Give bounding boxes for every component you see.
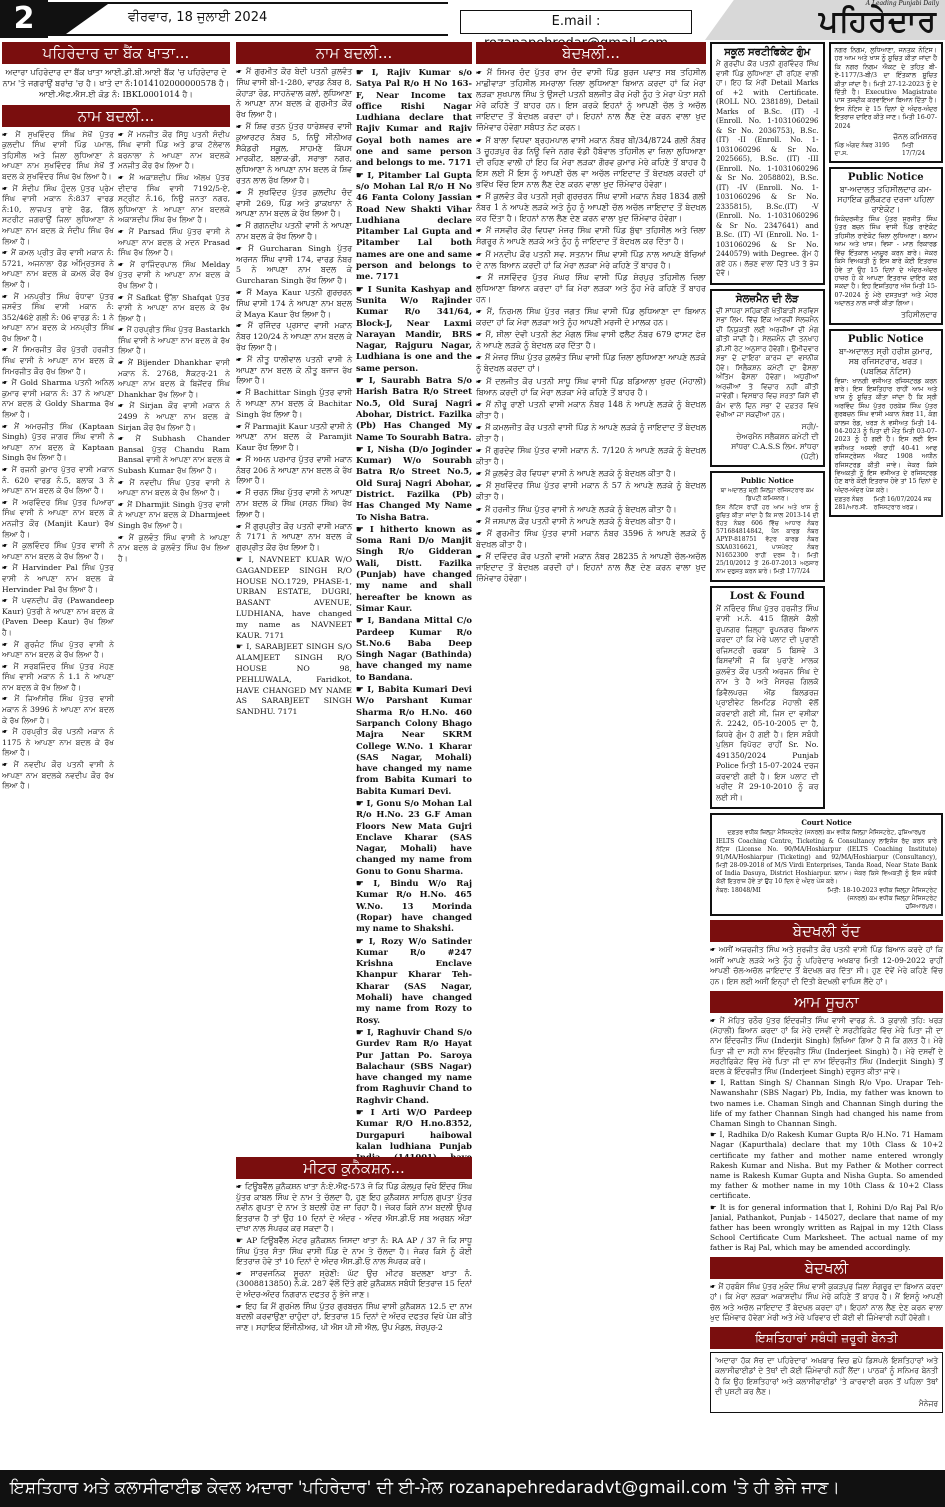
list-item: ☛ ਮੈਂ ਰਾਜਿੰਦਰਪਾਲ ਸਿੰਘ Melday ਪੁੱਤਰ ਵਾਸੀ … [118, 260, 230, 292]
meter-section-title: ਮੀਟਰ ਕੁਨੈਕਸ਼ਨ... [236, 1157, 472, 1179]
disclaimer-text: 'ਅਦਾਰਾ ਹੱਕ ਸੱਚ ਦਾ ਪਹਿਰੇਦਾਰ' ਅਖ਼ਬਾਰ ਵਿਚ ਛ… [715, 1356, 938, 1398]
public-notice-3-subtitle: ਬਾ-ਅਦਾਲਤ ਸ੍ਰੀ ਹਰੀਸ਼ ਕੁਮਾਰ, ਸਬ ਰਜਿਸਟਰਾਰ, … [835, 347, 938, 377]
list-item: ☛ ਮੈਂ ਦਲਜੀਤ ਕੌਰ ਪਤਨੀ ਸਾਧੂ ਸਿੰਘ ਵਾਸੀ ਪਿੰਡ… [476, 376, 706, 398]
list-item: ☛ I, Radhika D/o Rakesh Kumar Gupta R/o … [710, 1130, 943, 1201]
public-notice-3-ref: ਦਫ਼ਤਰ ਨੰਬਰ 281/ਆਰ.ਸੀ. [835, 496, 874, 512]
list-item: ☛ I, Saurabh Batra S/o Harish Batra R/o … [356, 375, 472, 443]
list-item: ☛ ਮੈਂ ਅਕਾਸ਼ਦੀਪ ਸਿੰਘ ਅੱਲਖ ਪੁੱਤਰ ਦੀਦਾਰ ਸਿੰ… [118, 173, 230, 226]
court-notice-1-text: ਨਗਰ ਨਿਗਮ, ਲੁਧਿਆਣਾ, ਜਨਤਕ ਨੋਟਿਸ। ਹਰ ਆਮ ਅਤੇ… [835, 47, 938, 131]
eviction-2-title: ਬੇਦਖਲੀ [710, 1257, 943, 1279]
public-notice-3-date: ਮਿਤੀ 16/07/2024 ਸਬ ਰਜਿਸਟਰਾਰ ਖਰੜ। [874, 496, 937, 512]
list-item: ☛ ਮੈਂ ਜਿਆਂਸੀਰ ਸਿੰਘ ਪੁੱਤਰ ਵਾਸੀ ਮਕਾਨ ਨੰ 39… [2, 694, 114, 726]
court-notice-1-sig: ਜ਼ੋਨਲ ਕਮਿਸ਼ਨਰ [835, 132, 938, 142]
public-notice-1: Public Notice ਬਾ-ਅਦਾਲਤ ਤਹਿਸੀਲਦਾਰ ਕਮ-ਸਹਾਇ… [829, 167, 944, 324]
list-item: ☛ ਮੈਂ ਨਵਦੀਪ ਸਿੰਘ ਪੁੱਤਰ ਵਾਸੀ ਨੇ ਆਪਣਾ ਨਾਮ … [118, 478, 230, 499]
disclaimer-title: ਇਸ਼ਤਿਹਾਰਾਂ ਸਬੰਧੀ ਜ਼ਰੂਰੀ ਬੇਨਤੀ [710, 1327, 943, 1349]
court-notice-1: ਨਗਰ ਨਿਗਮ, ਲੁਧਿਆਣਾ, ਜਨਤਕ ਨੋਟਿਸ। ਹਰ ਆਮ ਅਤੇ… [829, 42, 944, 163]
list-item: ☛ ਮੈਂ ਚਰਨ ਸਿੰਘ ਪੁੱਤਰ ਵਾਸੀ ਨੇ ਆਪਣਾ ਨਾਮ ਬਦ… [236, 488, 352, 520]
column-3: ਬੇਦਖ਼ਲੀ... ☛ ਮੈਂ ਸਿਮਰ ਚੰਦ ਪੁੱਤਰ ਰਾਮ ਚੰਦ … [476, 42, 706, 1465]
list-item: ☛ I, Gonu S/o Mohan Lal R/o H.No. 23 G.F… [356, 798, 472, 877]
list-item: ☛ ਮੈਂ, ਸ਼ੀਲਾ ਦੇਵੀ ਪਤਨੀ ਲੇਟ ਮੰਗਲ ਸਿੰਘ ਵਾਸ… [476, 329, 706, 351]
list-item: ☛ ਮੈਂ ਸਿਮਰਜੀਤ ਕੌਰ ਪੁੱਤਰੀ ਹਰਜੀਤ ਸਿੰਘ ਵਾਸੀ… [2, 345, 114, 377]
list-item: ☛ ਮੈਂ ਗੁਰਮੀਤ ਸਿੰਘ ਪੁੱਤਰ ਵਾਸੀ ਮਕਾਨ ਨੰਬਰ 3… [476, 528, 706, 550]
issue-date: ਵੀਰਵਾਰ, 18 ਜੁਲਾਈ 2024 [128, 10, 267, 25]
salesman-vacancy-notice: ਸੇਲਜ਼ਮੈਨ ਦੀ ਲੋੜ ਦੀ ਸਾਂਧਰਾ ਸਹਿਕਾਰੀ ਖੇਤੀਬਾ… [710, 289, 825, 467]
list-item: ☛ ਮੈਂ ਸੁਖਵਿੰਦਰ ਪੁੱਤਰ ਕੁਲਦੀਪ ਚੰਦ ਵਾਸੀ 269… [236, 188, 352, 220]
list-item: ☛ ਮੈਂ ਨੀਤੂ ਧਾਲੀਵਾਲ ਪਤਨੀ ਵਾਸੀ ਨੇ ਆਪਣਾ ਨਾਮ… [236, 355, 352, 387]
list-item: ☛ ਮੈਂ ਗਗਨਦੀਪ ਪਤਨੀ ਵਾਸੀ ਨੇ ਆਪਣਾ ਨਾਮ ਬਦਲ ਕ… [236, 221, 352, 243]
disclaimer-sig: ਮੈਨੇਜਰ [715, 1399, 938, 1409]
list-item: ☛ I, Rattan Singh S/ Channan Singh R/o V… [710, 1078, 943, 1129]
list-item: ☛ ਮੈਂ ਕੁਲਵੰਤ ਕੌਰ ਵਿਧਵਾ ਵਾਸੀ ਨੇ ਆਪਣੇ ਲੜਕੇ… [476, 468, 706, 479]
list-item: ☛ ਮੈਂ ਕਮਲ ਪ੍ਰੀਤ ਕੌਰ ਵਾਸੀ ਮਕਾਨ ਨੰ: 5721, … [2, 248, 114, 290]
eviction-list: ☛ ਮੈਂ ਸਿਮਰ ਚੰਦ ਪੁੱਤਰ ਰਾਮ ਚੰਦ ਵਾਸੀ ਪਿੰਡ ਬ… [476, 67, 706, 584]
list-item: ☛ ਮੈਂ ਗੁਰਪ੍ਰੀਤ ਕੌਰ ਪਤਨੀ ਵਾਸੀ ਮਕਾਨ ਨੰ 717… [236, 522, 352, 554]
court-notice-2-text: IELTS Coaching Centre, Ticketing & Consu… [716, 838, 937, 886]
list-item: ☛ ਮੈਂ ਸੁਖਵਿੰਦਰ ਸਿੰਘ ਪੁੱਤਰ ਵਾਸੀ ਮਕਾਨ ਨੰ 5… [476, 480, 706, 502]
name-change-title: ਨਾਮ ਬਦਲੀ... [2, 105, 230, 127]
disclaimer-box: 'ਅਦਾਰਾ ਹੱਕ ਸੱਚ ਦਾ ਪਹਿਰੇਦਾਰ' ਅਖ਼ਬਾਰ ਵਿਚ ਛ… [710, 1352, 943, 1413]
list-item: ☛ ਮੈਂ ਕਮਲਜੀਤ ਕੌਰ ਪਤਨੀ ਵਾਸੀ ਪਿੰਡ ਨੇ ਆਪਣੇ … [476, 422, 706, 444]
masthead: 2 ਵੀਰਵਾਰ, 18 ਜੁਲਾਈ 2024 E.mail : rozanap… [0, 0, 945, 40]
certificate-lost-text: ਮੈਂ ਗੁਰਦੀਪ ਕੌਰ ਪਤਨੀ ਗੁਰਵਿੰਦਰ ਸਿੰਘ ਵਾਸੀ ਪ… [716, 60, 819, 279]
list-item: ☛ ਮੈਂ ਅਮਨ ਪਰਮਾਰ ਪੁੱਤਰ ਵਾਸੀ ਮਕਾਨ ਨੰਬਰ 206… [236, 455, 352, 487]
public-notice-2-text: ਇਸ ਨੋਟਿਸ ਰਾਹੀਂ ਹਰ ਆਮ ਅਤੇ ਖਾਸ ਨੂੰ ਸੂਚਿਤ ਕ… [716, 504, 819, 576]
certificate-lost-title: ਸਕੂਲ ਸਰਟੀਫਿਕੇਟ ਗੁੰਮ [716, 47, 819, 58]
list-item: ☛ ਮੈਂ ਰਜਨੀ ਕੁਮਾਰ ਪੁੱਤਰ ਵਾਸੀ ਮਕਾਨ ਨੰ. 620… [2, 465, 114, 497]
public-notice-1-text: ਸਿਕੰਦਰਜੀਤ ਸਿੰਘ ਪੁੱਤਰ ਸੁਰਜੀਤ ਸਿੰਘ ਪੁੱਤਰ ਬ… [835, 216, 938, 308]
list-item: ☛ ਮੈਂ ਬਾਲਾ ਵਿਧਵਾ ਬ੍ਰਹਮਪਾਲ ਵਾਸੀ ਮਕਾਨ ਨੰਬਰ… [476, 135, 706, 190]
lost-found-title: Lost & Found [716, 591, 819, 602]
list-item: ☛ I hitherto known as Soma Rani D/o Manj… [356, 524, 472, 614]
list-item: ☛ ਮੈਂ ਮਨਦੀਪ ਕੌਰ ਪਤਨੀ ਸਵ. ਸਤਨਾਮ ਸਿੰਘ ਵਾਸੀ… [476, 249, 706, 271]
list-item: ☛ I, Rajiv Kumar s/o Satya Pal R/o H No … [356, 67, 472, 169]
eviction-2-text: ☛ ਮੈਂ ਹਰਬੰਸ ਸਿੰਘ ਪੁੱਤਰ ਮੁਕੰਦ ਸਿੰਘ ਵਾਸੀ ਕ… [710, 1282, 943, 1324]
eviction-revoked-title: ਬੇਦਖਲੀ ਰੱਦ [710, 920, 943, 942]
public-notice-3-text: ਵਿਸ਼ਾ: ਖਾਨਗੀ ਵਸੀਅਤ ਰਜਿਸਟਰਡ ਕਰਨ ਬਾਰੇ। ਇਸ … [835, 378, 938, 496]
list-item: ☛ It is for general information that I, … [710, 1203, 943, 1254]
list-item: ☛ ਮੈਂ ਕੁਲਵਿੰਦਰ ਸਿੰਘ ਪੁੱਤਰ ਵਾਸੀ ਨੇ ਆਪਣਾ ਨ… [2, 541, 114, 562]
list-item: ☛ ਮੈਂ ਕੁਲਵੰਤ ਕੌਰ ਪਤਨੀ ਸ੍ਰੀ ਗੁਰਚਰਨ ਸਿੰਘ ਵ… [476, 191, 706, 224]
vacancy-sig-2: ਚੇਅਰਮੈਨ ਸਲੈਕਸ਼ਨ ਕਮੇਟੀ ਦੀ [716, 432, 819, 442]
vacancy-sig-3: ਸਾਂਧਰਾ C.A.S.S ਲਿਮ. ਸਾਂਧਰਾ (ਪੱਟੀ) [716, 442, 819, 462]
list-item: ☛ I, Rozy W/o Satinder Kumar R/o #247 Kr… [356, 936, 472, 1026]
list-item: ☛ ਮੈਂ ਗੁਰਦੇਵ ਸਿੰਘ ਪੁੱਤਰ ਵਾਸੀ ਮਕਾਨ ਨੰ. 7/… [476, 445, 706, 467]
date-strip: ਵੀਰਵਾਰ, 18 ਜੁਲਾਈ 2024 [48, 2, 448, 36]
list-item: ☛ ਮੈਂ ਸੁਖਵਿੰਦਰ ਸਿੰਘ ਸੇਖੋਂ ਪੁੱਤਰ ਕੁਲਦੀਪ ਸ… [2, 130, 114, 183]
list-item: ☛ I, NAVNEET KUAR W/O GAGANDEEP SINGH R/… [236, 555, 352, 641]
list-item: ☛ ਮੈਂ ਨੀਰੂ ਰਾਣੀ ਪਤਨੀ ਵਾਸੀ ਮਕਾਨ ਨੰਬਰ 148 … [476, 399, 706, 421]
list-item: ☛ ਮੈਂ ਜਸਪਾਲ ਕੌਰ ਪਤਨੀ ਵਾਸੀ ਨੇ ਆਪਣੇ ਲੜਕੇ ਨ… [476, 516, 706, 527]
court-notice-2: Court Notice ਦਫ਼ਤਰ ਵਧੀਕ ਜ਼ਿਲ੍ਹਾ ਮੈਜਿਸਟਰੇ… [710, 813, 943, 916]
list-item: ☛ ਮੈਂ ਜਸਵਿੰਦਰ ਪੁੱਤਰ ਮੱਘਰ ਸਿੰਘ ਵਾਸੀ ਪਿੰਡ … [476, 272, 706, 305]
list-item: ☛ ਮੈਂ ਦਵਿੰਦਰ ਕੌਰ ਪਤਨੀ ਵਾਸੀ ਮਕਾਨ ਨੰਬਰ 282… [476, 551, 706, 584]
list-item: ☛ ਮੈਂ Gurcharan Singh ਪੁੱਤਰ ਅਰਜਨ ਸਿੰਘ ਵਾ… [236, 244, 352, 287]
list-item: ☛ ਮੈਂ Safkat ਉੱਲਾ Shafqat ਪੁੱਤਰ ਵਾਸੀ ਨੇ … [118, 293, 230, 325]
public-notice-1-sig: ਤਹਿਸੀਲਦਾਰ [835, 310, 938, 320]
vacancy-text: ਦੀ ਸਾਂਧਰਾ ਸਹਿਕਾਰੀ ਖੇਤੀਬਾੜੀ ਸਰਵਿਸ ਸਭਾ ਲਿਮ… [716, 307, 819, 421]
court-notice-2-title: Court Notice [716, 818, 937, 827]
name-change-list: ☛ ਮੈਂ ਸੁਖਵਿੰਦਰ ਸਿੰਘ ਸੇਖੋਂ ਪੁੱਤਰ ਕੁਲਦੀਪ ਸ… [2, 130, 230, 793]
court-notice-2-ref: ਨੰਬਰ: 18048/MI [716, 887, 761, 911]
newspaper-logo: ਪਹਿਰੇਦਾਰ [819, 4, 937, 39]
general-notice-list: ☛ ਮੈਂ ਮੋਹਿਤ ਰਠੌਰ ਪੁੱਤਰ ਇੰਦਰਜੀਤ ਸਿੰਘ ਵਾਸੀ… [710, 1016, 943, 1254]
bank-section-title: ਪਹਿਰੇਦਾਰ ਦਾ ਬੈਂਕ ਖਾਤਾ... [2, 42, 230, 64]
public-notice-2: Public Notice ਬਾ ਅਦਾਲਤ ਸ਼੍ਰੀ ਜ਼ਿਲ੍ਹਾ ਰਜਿ… [710, 471, 825, 582]
list-item: ☛ ਮੈਂ Bijender Dhankhar ਵਾਸੀ ਮਕਾਨ ਨੰ. 27… [118, 358, 230, 400]
list-item: ☛ I, Raghuvir Chand S/o Gurdev Ram R/o H… [356, 1027, 472, 1106]
list-item: ☛ ਮੈਂ ਰਜਿੰਦਰ ਪ੍ਰਸਾਦ ਵਾਸੀ ਮਕਾਨ ਨੰਬਰ 120/2… [236, 321, 352, 353]
list-item: ☛ ਮੈਂ Parmajit Kaur ਪਤਨੀ ਵਾਸੀ ਨੇ ਆਪਣਾ ਨਾ… [236, 422, 352, 454]
certificate-lost-notice: ਸਕੂਲ ਸਰਟੀਫਿਕੇਟ ਗੁੰਮ ਮੈਂ ਗੁਰਦੀਪ ਕੌਰ ਪਤਨੀ … [710, 42, 825, 285]
name-change-mid-list: ☛ ਮੈਂ ਗੁਰਮੀਤ ਕੌਰ ਬੇਦੀ ਪਤਨੀ ਕੁਲਵੰਤ ਸਿੰਘ ਵ… [236, 67, 472, 1157]
list-item: ☛ ਮੈਂ ਸ਼ਿਵ ਰਤਨ ਪੁੱਤਰ ਧਾਰੇਸ਼ਵਰ ਵਾਸੀ ਕੁਆਰਟ… [236, 122, 352, 187]
general-notice-title: ਆਮ ਸੂਚਨਾ [710, 991, 943, 1013]
list-item: ☛ ਮੈਂ Parsad ਸਿੰਘ ਪੁੱਤਰ ਵਾਸੀ ਨੇ ਆਪਣਾ ਨਾਮ… [118, 227, 230, 259]
list-item: ☛ ਮੈਂ ਜਸਵੀਰ ਕੌਰ ਵਿਧਵਾ ਮੇਜਰ ਸਿੰਘ ਵਾਸੀ ਪਿੰ… [476, 225, 706, 247]
list-item: ☛ I, Babita Kumari Devi W/o Parshant Kum… [356, 684, 472, 797]
list-item: ☛ I, Nisha (D/o Joginder Kumar) W/o Sour… [356, 444, 472, 523]
public-notice-1-title: Public Notice [835, 172, 938, 183]
list-item: ☛ ਮੈਂ Subhash Chander Bansal ਪੁੱਤਰ Chand… [118, 434, 230, 476]
list-item: ☛ ਸਾਰਵਜਨਿਕ ਸੂਚਨਾ ਸ਼੍ਰੇਣੀ: ਘੱਟ ਉਚ ਮੀਟਰ ਬਦ… [236, 1269, 472, 1301]
list-item: ☛ ਮੈਂ ਕੁਲਵੰਤ ਸਿੰਘ ਵਾਸੀ ਨੇ ਆਪਣਾ ਨਾਮ ਬਦਲ ਕ… [118, 533, 230, 565]
vacancy-title: ਸੇਲਜ਼ਮੈਨ ਦੀ ਲੋੜ [716, 294, 819, 305]
list-item: ☛ ਮੈਂ Maya Kaur ਪਤਨੀ ਗੁਰਚਰਨ ਸਿੰਘ ਵਾਸੀ 17… [236, 288, 352, 320]
list-item: ☛ ਮੈਂ Sirjan ਕੌਰ ਵਾਸੀ ਮਕਾਨ ਨੰ 2499 ਨੇ ਆਪ… [118, 401, 230, 433]
name-change-mid-subcol-b: ☛ I, Rajiv Kumar s/o Satya Pal R/o H No … [356, 67, 472, 1157]
list-item: ☛ ਮੈਂ Bachittar Singh ਪੁੱਤਰ ਵਾਸੀ ਨੇ ਆਪਣਾ… [236, 388, 352, 420]
page-number: 2 [0, 0, 48, 38]
list-item: ☛ ਮੈਂ ਮਨਪ੍ਰੀਤ ਸਿੰਘ ਰੰਧਾਵਾ ਪੁੱਤਰ ਜਸਵੰਤ ਸਿ… [2, 292, 114, 345]
swoosh-decoration [48, 4, 108, 34]
list-item: ☛ ਮੈਂ ਸਿਮਰ ਚੰਦ ਪੁੱਤਰ ਰਾਮ ਚੰਦ ਵਾਸੀ ਪਿੰਡ ਬ… [476, 67, 706, 134]
list-item: ☛ I, Bandana Mittal C/o Pardeep Kumar R/… [356, 615, 472, 683]
list-item: ☛ ਮੈਂ ਹਰਪ੍ਰੀਤ ਸਿੰਘ ਪੁੱਤਰ Bastarkh ਸਿੰਘ ਵ… [118, 325, 230, 357]
logo-block: A Leading Punjabi Daily ਪਹਿਰੇਦਾਰ [705, 0, 945, 40]
public-notice-2-subtitle: ਬਾ ਅਦਾਲਤ ਸ਼੍ਰੀ ਜ਼ਿਲ੍ਹਾ ਰਜਿਸਟਰਾਰ ਕਮ ਡਿਪਟੀ… [716, 487, 819, 503]
list-item: ☛ ਮੈਂ ਪਵਨਦੀਪ ਕੌਰ (Pawandeep Kaur) ਪੁੱਤਰੀ… [2, 596, 114, 638]
list-item: ☛ I Arti W/O Pardeep Kumar R/O H.no.8352… [356, 1107, 472, 1157]
list-item: ☛ AP ਟਿਊਬਵੈੱਲ ਮੋਟਰ ਕੁਨੈਕਸ਼ਨ ਜਿਸਦਾ ਖਾਤਾ ਨ… [236, 1236, 472, 1268]
list-item: ☛ ਮੈਂ Gold Sharma ਪਤਨੀ ਅਨਿਲ ਕੁਮਾਰ ਵਾਸੀ ਮ… [2, 378, 114, 420]
list-item: ☛ ਮੈਂ ਹਰਪ੍ਰੀਤ ਕੌਰ ਪਤਨੀ ਮਕਾਨ ਨੰ 1175 ਨੇ ਆ… [2, 727, 114, 759]
list-item: ☛ ਮੈਂ, ਨਿਰਮਲ ਸਿੰਘ ਪੁੱਤਰ ਜਗਤ ਸਿੰਘ ਵਾਸੀ ਪਿ… [476, 306, 706, 328]
list-item: ☛ I, SARABJEET SINGH S/O ALAMJEET SINGH … [236, 642, 352, 718]
list-item: ☛ I, Bindu W/o Raj Kumar R/o H.No. 465 W… [356, 878, 472, 934]
list-item: ☛ ਮੈਂ ਗੁਰਜੰਟ ਸਿੰਘ ਪੁੱਤਰ ਵਾਸੀ ਨੇ ਆਪਣਾ ਨਾਮ… [2, 640, 114, 661]
court-notice-1-date: ਮਿਤੀ 17/7/24 [902, 142, 937, 158]
list-item: ☛ ਮੈਂ ਸੰਦੀਪ ਸਿੰਘ ਹੁੰਦਲ ਪੁੱਤਰ ਪ੍ਰੇਮ ਸਿੰਘ … [2, 184, 114, 248]
name-change-subcol-a: ☛ ਮੈਂ ਸੁਖਵਿੰਦਰ ਸਿੰਘ ਸੇਖੋਂ ਪੁੱਤਰ ਕੁਲਦੀਪ ਸ… [2, 130, 114, 793]
list-item: ☛ ਮੈਂ ਅਰਵਿੰਦਰ ਸਿੰਘ ਪੁੱਤਰ ਪਿਆਰਾ ਸਿੰਘ ਵਾਸੀ… [2, 498, 114, 540]
bank-details: ਅਦਾਰਾ ਪਹਿਰੇਦਾਰ ਦਾ ਬੈਂਕ ਖਾਤਾ ਆਈ.ਡੀ.ਬੀ.ਆਈ … [2, 67, 230, 101]
eviction-title: ਬੇਦਖ਼ਲੀ... [476, 42, 706, 64]
column-1: ਪਹਿਰੇਦਾਰ ਦਾ ਬੈਂਕ ਖਾਤਾ... ਅਦਾਰਾ ਪਹਿਰੇਦਾਰ … [2, 42, 230, 1465]
list-item: ☛ ਮੈਂ ਅਮਰਜੀਤ ਸਿੰਘ (Kaptaan Singh) ਪੁੱਤਰ … [2, 422, 114, 464]
list-item: ☛ I, Pitamber Lal Gupta s/o Mohan Lal R/… [356, 170, 472, 283]
list-item: ☛ ਟਿਊਬਵੈੱਲ ਕੁਨੈਕਸ਼ਨ ਖਾਤਾ ਨੰ:ਏ.ਐਫ-573 ਜੋ … [236, 1182, 472, 1235]
list-item: ☛ ਮੈਂ ਮਨਜੀਤ ਕੌਰ ਸਿੱਧੂ ਪਤਨੀ ਸੰਦੀਪ ਸਿੰਘ ਵਾ… [118, 130, 230, 172]
list-item: ☛ ਮੈਂ ਸਰਬਜਿੰਦਰ ਸਿੰਘ ਪੁੱਤਰ ਮੋਹਣ ਸਿੰਘ ਵਾਸੀ… [2, 662, 114, 694]
footer-banner: ਇਸ਼ਤਿਹਾਰ ਅਤੇ ਕਲਾਸੀਫਾਈਡ ਕੇਵਲ ਅਦਾਰਾ 'ਪਹਿਰੇ… [0, 1470, 945, 1507]
public-notice-3-title: Public Notice [835, 334, 938, 345]
name-change-mid-title: ਨਾਮ ਬਦਲੀ... [236, 42, 472, 64]
column-4: ਸਕੂਲ ਸਰਟੀਫਿਕੇਟ ਗੁੰਮ ਮੈਂ ਗੁਰਦੀਪ ਕੌਰ ਪਤਨੀ … [710, 42, 943, 1465]
name-change-mid-subcol-a: ☛ ਮੈਂ ਗੁਰਮੀਤ ਕੌਰ ਬੇਦੀ ਪਤਨੀ ਕੁਲਵੰਤ ਸਿੰਘ ਵ… [236, 67, 352, 1157]
name-change-subcol-b: ☛ ਮੈਂ ਮਨਜੀਤ ਕੌਰ ਸਿੱਧੂ ਪਤਨੀ ਸੰਦੀਪ ਸਿੰਘ ਵਾ… [118, 130, 230, 793]
public-notice-2-title: Public Notice [716, 476, 819, 485]
column-2: ਨਾਮ ਬਦਲੀ... ☛ ਮੈਂ ਗੁਰਮੀਤ ਕੌਰ ਬੇਦੀ ਪਤਨੀ ਕ… [236, 42, 472, 1465]
meter-list: ☛ ਟਿਊਬਵੈੱਲ ਕੁਨੈਕਸ਼ਨ ਖਾਤਾ ਨੰ:ਏ.ਐਫ-573 ਜੋ … [236, 1182, 472, 1333]
public-notice-3: Public Notice ਬਾ-ਅਦਾਲਤ ਸ੍ਰੀ ਹਰੀਸ਼ ਕੁਮਾਰ,… [829, 329, 944, 518]
list-item: ☛ ਮੈਂ Harvinder Pal ਸਿੰਘ ਪੁੱਤਰ ਵਾਸੀ ਨੇ ਆ… [2, 563, 114, 595]
list-item: ☛ ਮੈਂ ਹਰਜੀਤ ਸਿੰਘ ਪੁੱਤਰ ਵਾਸੀ ਨੇ ਆਪਣੇ ਲੜਕੇ… [476, 504, 706, 515]
contact-email[interactable]: E.mail : rozanapehredar@gmail.com [460, 10, 692, 34]
list-item: ☛ ਮੈਂ ਮੇਜਰ ਸਿੰਘ ਪੁੱਤਰ ਕੁਲਵੰਤ ਸਿੰਘ ਵਾਸੀ ਪ… [476, 352, 706, 374]
public-notice-1-subtitle: ਬਾ-ਅਦਾਲਤ ਤਹਿਸੀਲਦਾਰ ਕਮ-ਸਹਾਇਕ ਕੁਲੈਕਟਰ ਦਰਜਾ… [835, 185, 938, 215]
court-notice-2-date: ਮਿਤੀ: 18-10-2023 ਵਧੀਕ ਜ਼ਿਲ੍ਹਾ ਮੈਜਿਸਟਰੇਟ … [827, 887, 938, 911]
vacancy-sig-1: ਸਹੀ/- [716, 422, 819, 432]
court-notice-1-ref: ਪਿੰਡ ਅੰਗਦ ਨੰਬਰ 3195 ਦਾ.ਸ. [835, 142, 903, 158]
list-item: ☛ I Sunita Kashyap and Sunita W/o Rajind… [356, 284, 472, 374]
lost-found-text: ਮੈਂ ਨਰਿੰਦਰ ਸਿੰਘ ਪੁੱਤਰ ਹਰਜੀਤ ਸਿੰਘ ਵਾਸੀ ਮ.… [716, 604, 819, 804]
eviction-revoked-text: ☛ ਅਸੀਂ ਅਜਰਜੀਤ ਸਿੰਘ ਅਤੇ ਸੁਰਜੀਤ ਕੌਰ ਪਤਨੀ ਵ… [710, 945, 943, 987]
list-item: ☛ ਮੈਂ ਮੋਹਿਤ ਰਠੌਰ ਪੁੱਤਰ ਇੰਦਰਜੀਤ ਸਿੰਘ ਵਾਸੀ… [710, 1016, 943, 1077]
list-item: ☛ ਇਹ ਕਿ ਮੈਂ ਗੁਰਮੇਲ ਸਿੰਘ ਪੁੱਤਰ ਗੁਰਬਚਨ ਸਿੰ… [236, 1302, 472, 1334]
list-item: ☛ ਮੈਂ ਗੁਰਮੀਤ ਕੌਰ ਬੇਦੀ ਪਤਨੀ ਕੁਲਵੰਤ ਸਿੰਘ ਵ… [236, 67, 352, 121]
list-item: ☛ ਮੈਂ ਨਵਦੀਪ ਕੌਰ ਪਤਨੀ ਵਾਸੀ ਨੇ ਆਪਣਾ ਨਾਮ ਬਦ… [2, 760, 114, 792]
court-notice-2-subtitle: ਦਫ਼ਤਰ ਵਧੀਕ ਜ਼ਿਲ੍ਹਾ ਮੈਜਿਸਟਰੇਟ (ਜਨਰਲ) ਕਮ ਵ… [716, 829, 937, 837]
lost-found-notice: Lost & Found ਮੈਂ ਨਰਿੰਦਰ ਸਿੰਘ ਪੁੱਤਰ ਹਰਜੀਤ… [710, 586, 825, 810]
list-item: ☛ ਮੈਂ Dharmjit Singh ਪੁੱਤਰ ਵਾਸੀ ਨੇ ਆਪਣਾ … [118, 500, 230, 532]
